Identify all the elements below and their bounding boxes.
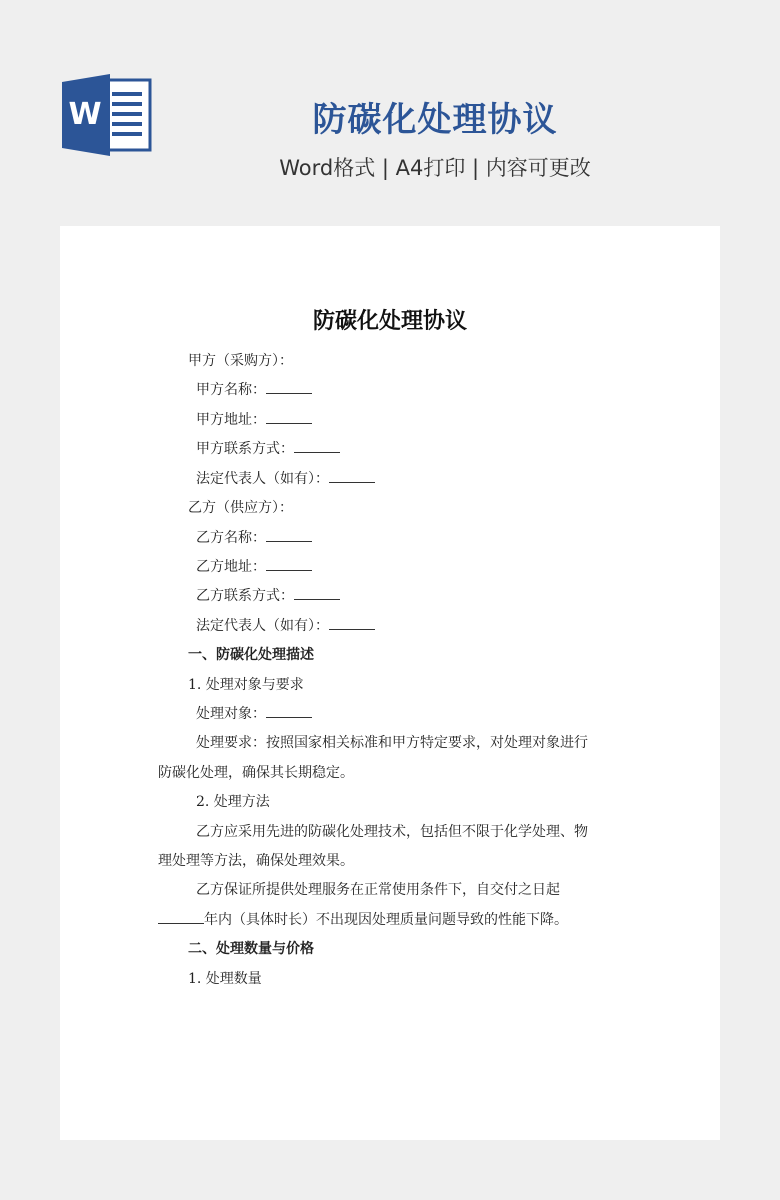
party-a-address: 甲方地址： xyxy=(196,411,312,429)
paragraph-line: 乙方保证所提供处理服务在正常使用条件下，自交付之日起 xyxy=(196,881,560,899)
party-a-name: 甲方名称： xyxy=(196,381,312,399)
blank-field[interactable] xyxy=(329,617,375,630)
paragraph-line: 防碳化处理，确保其长期稳定。 xyxy=(158,764,354,782)
party-b-representative: 法定代表人（如有）： xyxy=(196,617,375,635)
paragraph-line: 年内（具体时长）不出现因处理质量问题导致的性能下降。 xyxy=(158,911,568,929)
blank-field[interactable] xyxy=(266,558,312,571)
subsection-2-1: 1. 处理数量 xyxy=(188,970,262,988)
header: W 防碳化处理协议 Word格式 | A4打印 | 内容可更改 xyxy=(0,0,780,226)
blank-field[interactable] xyxy=(294,587,340,600)
party-b-heading: 乙方（供应方）： xyxy=(188,499,293,517)
subsection-1-1: 1. 处理对象与要求 xyxy=(188,676,304,694)
blank-field[interactable] xyxy=(266,411,312,424)
blank-field[interactable] xyxy=(158,911,204,924)
blank-field[interactable] xyxy=(294,440,340,453)
party-a-contact: 甲方联系方式： xyxy=(196,440,340,458)
party-a-representative: 法定代表人（如有）： xyxy=(196,470,375,488)
treatment-object: 处理对象： xyxy=(196,705,312,723)
subsection-1-2: 2. 处理方法 xyxy=(196,793,270,811)
paragraph-line: 乙方应采用先进的防碳化处理技术，包括但不限于化学处理、物 xyxy=(196,823,588,841)
blank-field[interactable] xyxy=(266,529,312,542)
blank-field[interactable] xyxy=(266,705,312,718)
section-2-heading: 二、处理数量与价格 xyxy=(188,940,314,958)
party-a-heading: 甲方（采购方）： xyxy=(188,352,293,370)
party-b-address: 乙方地址： xyxy=(196,558,312,576)
party-b-name: 乙方名称： xyxy=(196,529,312,547)
document-page: 防碳化处理协议 甲方（采购方）： 甲方名称： 甲方地址： 甲方联系方式： 法定代… xyxy=(60,226,720,1140)
paragraph-line: 理处理等方法，确保处理效果。 xyxy=(158,852,354,870)
svg-text:W: W xyxy=(68,97,101,132)
blank-field[interactable] xyxy=(266,381,312,394)
paragraph-line: 处理要求：按照国家相关标准和甲方特定要求，对处理对象进行 xyxy=(196,734,588,752)
blank-field[interactable] xyxy=(329,470,375,483)
header-title: 防碳化处理协议 xyxy=(240,92,630,141)
section-1-heading: 一、防碳化处理描述 xyxy=(188,646,314,664)
header-subtitle: Word格式 | A4打印 | 内容可更改 xyxy=(240,152,630,182)
document-title: 防碳化处理协议 xyxy=(60,304,720,335)
party-b-contact: 乙方联系方式： xyxy=(196,587,340,605)
word-icon: W xyxy=(60,72,152,156)
